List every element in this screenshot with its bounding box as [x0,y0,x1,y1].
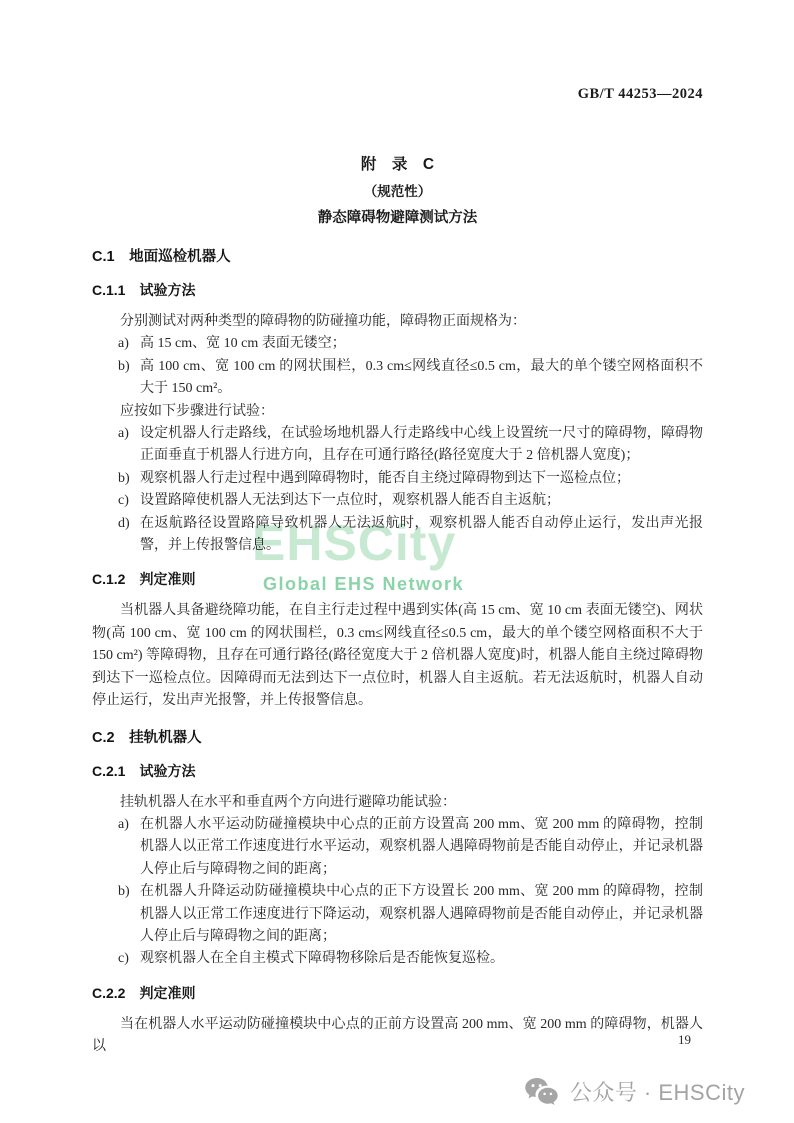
paragraph-c1-2: 当机器人具备避绕障功能，在自主行走过程中遇到实体(高 15 cm、宽 10 cm… [92,600,703,712]
subsection-heading-c1-2: C.1.2 判定准则 [92,568,703,590]
list-item-rail-c: c)观察机器人在全自主模式下障碍物移除后是否能恢复巡检。 [92,948,703,970]
subsection-heading-c2-2: C.2.2 判定准则 [92,982,703,1004]
list-item-step-a: a)设定机器人行走路线，在试验场地机器人行走路线中心线上设置统一尺寸的障碍物，障… [92,423,703,468]
paragraph-c1-1-intro: 分别测试对两种类型的障碍物的防碰撞功能，障碍物正面规格为： [92,311,703,333]
list-marker: a) [118,333,129,355]
list-item-text: 在返航路径设置路障导致机器人无法返航时，观察机器人能否自动停止运行，发出声光报警… [140,516,703,553]
list-item-step-c: c)设置路障使机器人无法到达下一点位时，观察机器人能否自主返航； [92,490,703,512]
list-marker: c) [118,948,129,970]
list-item-text: 高 15 cm、宽 10 cm 表面无镂空； [140,336,346,351]
list-marker: a) [118,423,129,445]
document-body: C.1 地面巡检机器人C.1.1 试验方法分别测试对两种类型的障碍物的防碰撞功能… [92,246,703,1059]
list-marker: c) [118,490,129,512]
appendix-title: 静态障碍物避障测试方法 [92,205,703,232]
standard-code-header: GB/T 44253—2024 [92,86,703,103]
page-content: GB/T 44253—2024 附 录 C （规范性） 静态障碍物避障测试方法 … [0,0,794,1059]
paragraph-c2-1-intro: 挂轨机器人在水平和垂直两个方向进行避障功能试验： [92,792,703,814]
list-item-text: 设置路障使机器人无法到达下一点位时，观察机器人能否自主返航； [140,493,560,508]
paragraph-c2-2: 当在机器人水平运动防碰撞模块中心点的正前方设置高 200 mm、宽 200 mm… [92,1014,703,1059]
list-marker: b) [118,468,130,490]
subsection-heading-c2-1: C.2.1 试验方法 [92,760,703,782]
list-item-text: 在机器人升降运动防碰撞模块中心点的正下方设置长 200 mm、宽 200 mm … [140,884,703,944]
list-item-text: 设定机器人行走路线，在试验场地机器人行走路线中心线上设置统一尺寸的障碍物，障碍物… [140,426,703,463]
page-number: 19 [678,1032,691,1048]
list-item-rail-b: b)在机器人升降运动防碰撞模块中心点的正下方设置长 200 mm、宽 200 m… [92,881,703,948]
wechat-account-label: 公众号 · EHSCity [570,1076,745,1107]
list-item-text: 在机器人水平运动防碰撞模块中心点的正前方设置高 200 mm、宽 200 mm … [140,817,703,877]
paragraph-c1-1-steps-intro: 应按如下步骤进行试验： [92,401,703,423]
list-item-step-b: b)观察机器人行走过程中遇到障碍物时，能否自主绕过障碍物到达下一巡检点位； [92,468,703,490]
section-heading-c2: C.2 挂轨机器人 [92,727,703,749]
section-heading-c1: C.1 地面巡检机器人 [92,246,703,268]
list-item-text: 观察机器人行走过程中遇到障碍物时，能否自主绕过障碍物到达下一巡检点位； [140,471,630,486]
list-item-text: 高 100 cm、宽 100 cm 的网状围栏，0.3 cm≤网线直径≤0.5 … [140,359,703,396]
appendix-normative-label: （规范性） [92,178,703,205]
list-item-step-d: d)在返航路径设置路障导致机器人无法返航时，观察机器人能否自动停止运行，发出声光… [92,513,703,558]
list-marker: a) [118,814,129,836]
appendix-title-block: 附 录 C （规范性） 静态障碍物避障测试方法 [92,151,703,232]
document-page: EHSCity Global EHS Network GB/T 44253—20… [0,0,794,1123]
subsection-heading-c1-1: C.1.1 试验方法 [92,279,703,301]
wechat-icon [524,1077,560,1107]
list-item-spec-b: b)高 100 cm、宽 100 cm 的网状围栏，0.3 cm≤网线直径≤0.… [92,356,703,401]
wechat-footer-badge: 公众号 · EHSCity [524,1076,745,1107]
appendix-label: 附 录 C [92,151,703,178]
list-item-text: 观察机器人在全自主模式下障碍物移除后是否能恢复巡检。 [140,951,504,966]
list-item-rail-a: a)在机器人水平运动防碰撞模块中心点的正前方设置高 200 mm、宽 200 m… [92,814,703,881]
list-marker: b) [118,881,130,903]
list-marker: d) [118,513,130,535]
list-item-spec-a: a)高 15 cm、宽 10 cm 表面无镂空； [92,333,703,355]
list-marker: b) [118,356,130,378]
